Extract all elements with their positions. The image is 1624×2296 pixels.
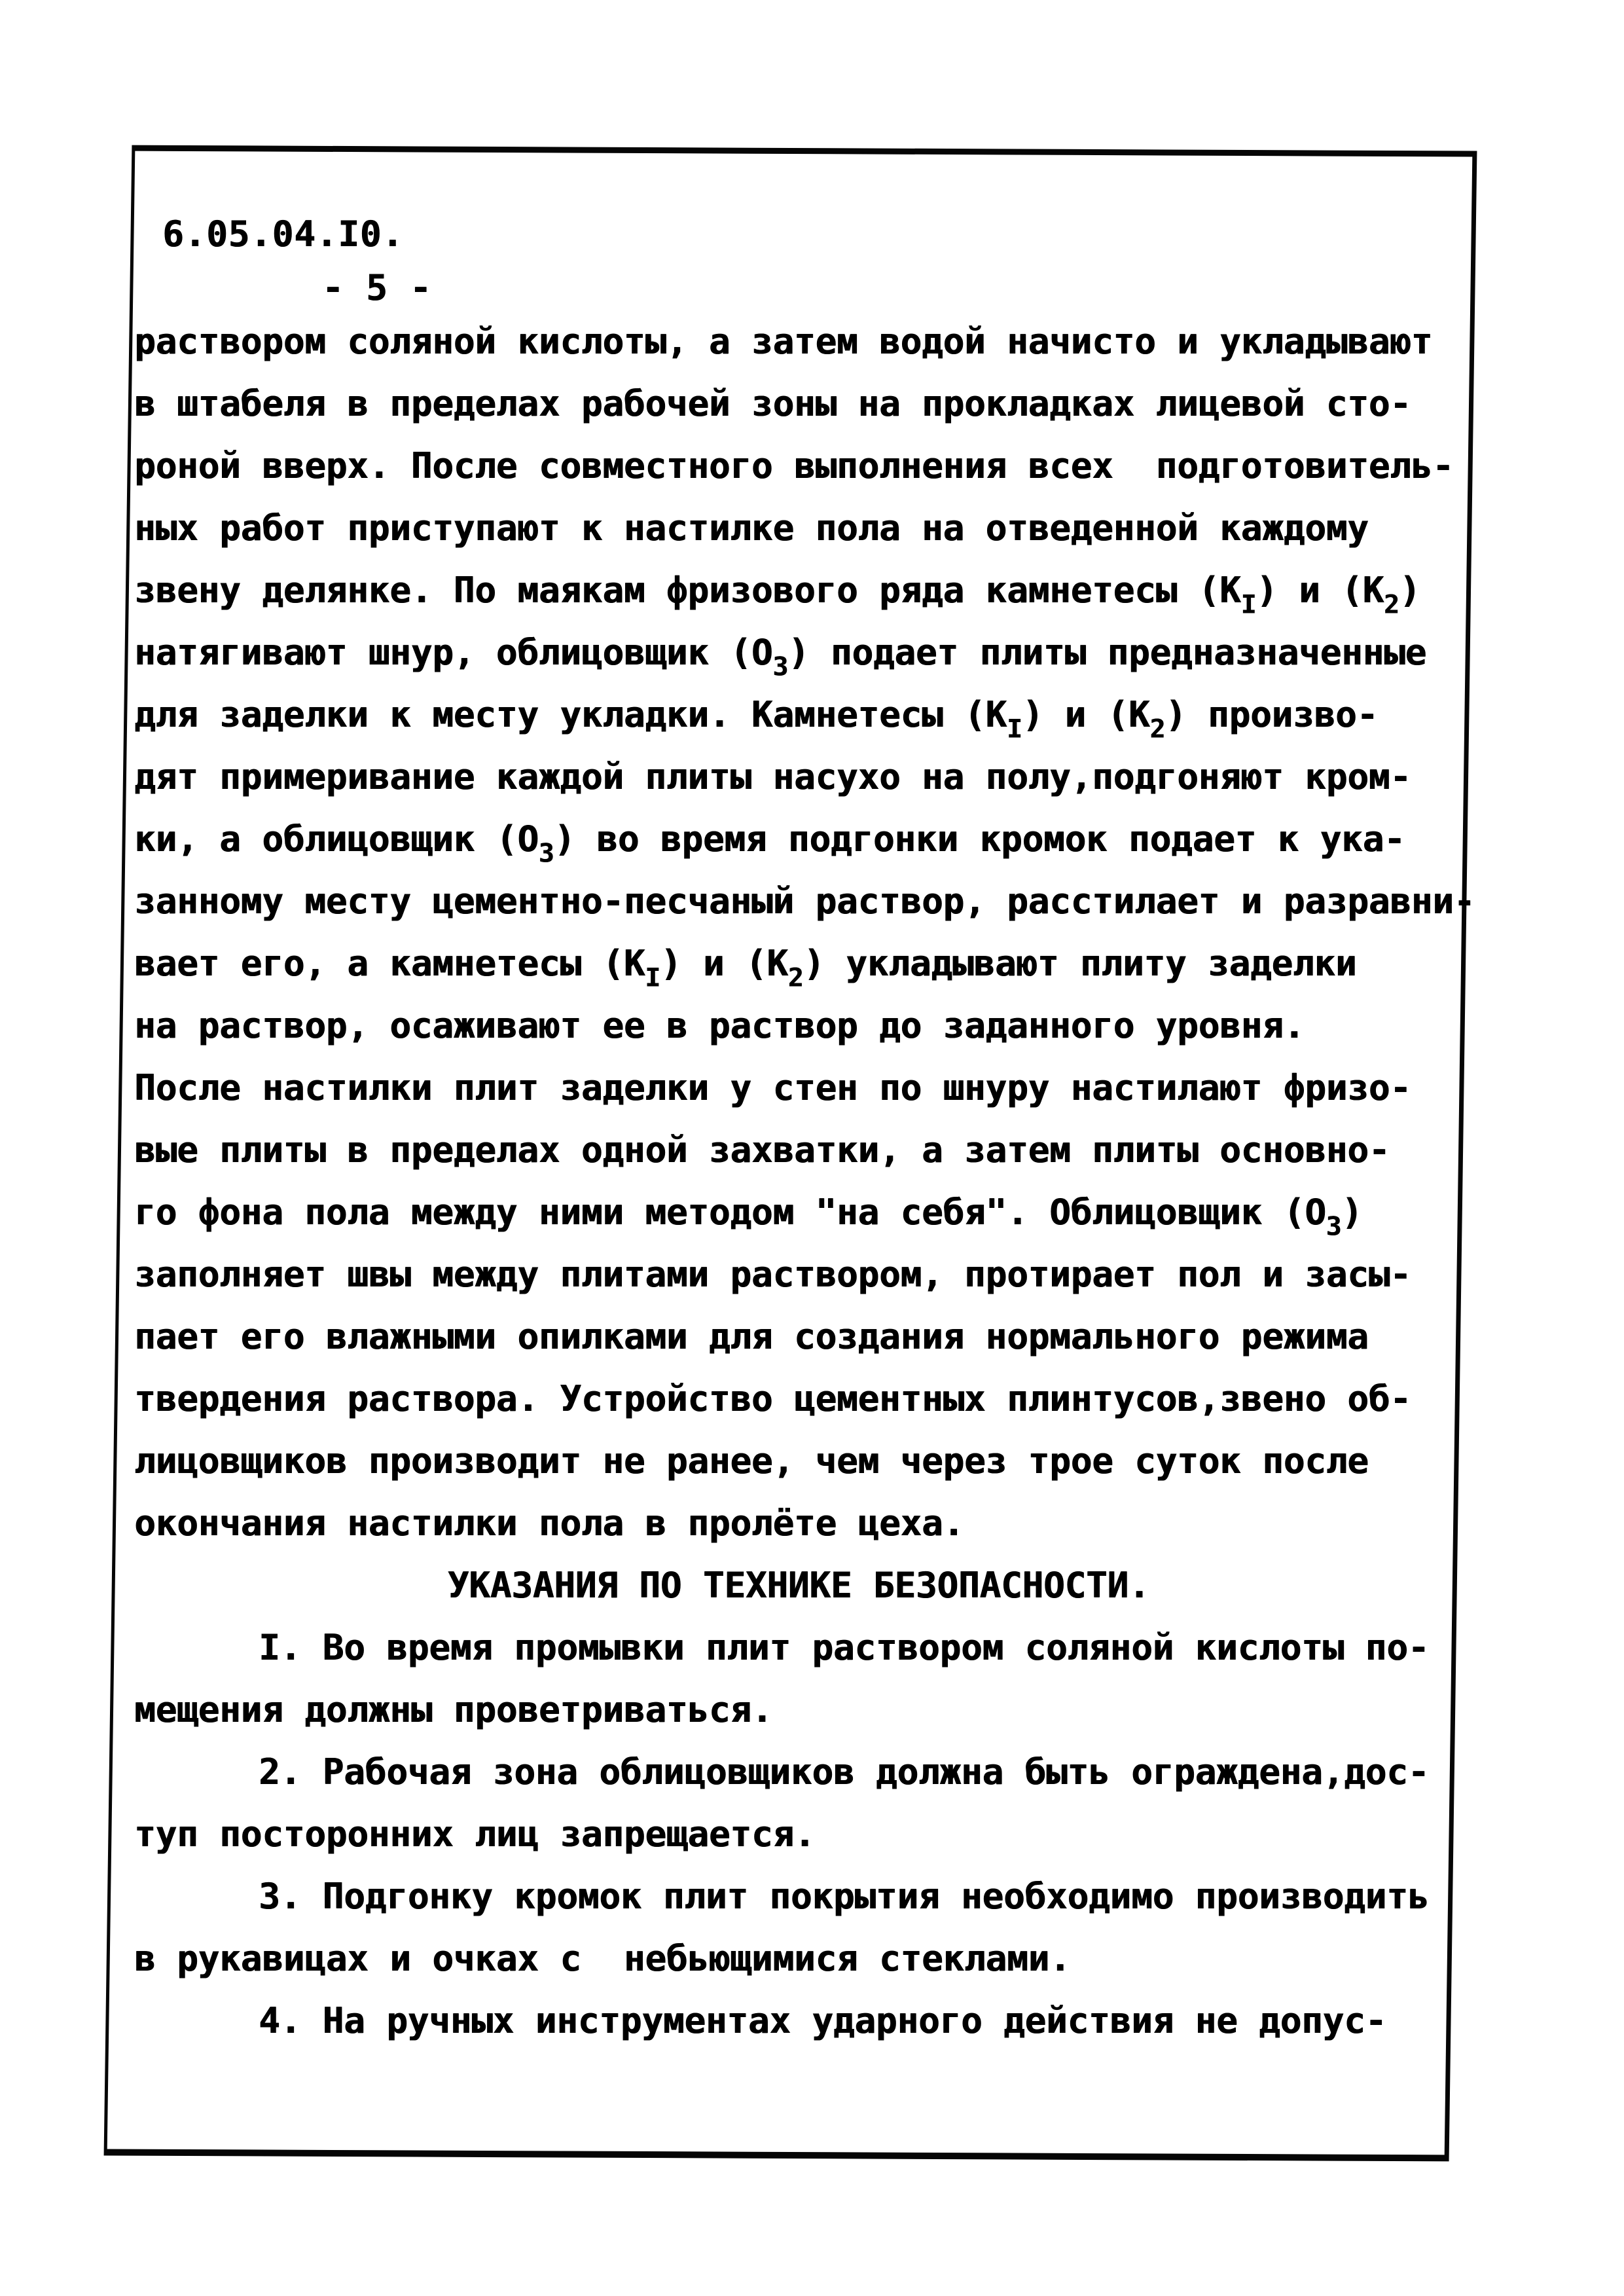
text-line: звену делянке. По маякам фризового ряда … [134,559,1463,621]
text-line: го фона пола между ними методом "на себя… [134,1181,1463,1243]
page-number: - 5 - [322,267,432,308]
text-line: вые плиты в пределах одной захватки, а з… [134,1119,1463,1181]
text-line: натягивают шнур, облицовщик (О3) подает … [134,621,1463,683]
text-line: твердения раствора. Устройство цементных… [134,1368,1463,1430]
body-text: раствором соляной кислоты, а затем водой… [134,310,1463,2052]
text-line: на раствор, осаживают ее в раствор до за… [134,994,1463,1057]
text-line: ных работ приступают к настилке пола на … [134,497,1463,559]
text-line: роной вверх. После совместного выполнени… [134,435,1463,497]
text-line: После настилки плит заделки у стен по шн… [134,1057,1463,1119]
text-line: раствором соляной кислоты, а затем водой… [134,310,1463,373]
text-line: заполняет швы между плитами раствором, п… [134,1243,1463,1305]
text-line: окончания настилки пола в пролёте цеха. [134,1492,1463,1554]
text-line: лицовщиков производит не ранее, чем чере… [134,1430,1463,1492]
text-line: дят примеривание каждой плиты насухо на … [134,746,1463,808]
text-line: пает его влажными опилками для создания … [134,1305,1463,1368]
section-heading: УКАЗАНИЯ ПО ТЕХНИКЕ БЕЗОПАСНОСТИ. [134,1554,1463,1616]
text-line: в штабеля в пределах рабочей зоны на про… [134,373,1463,435]
text-line: туп посторонних лиц запрещается. [134,1803,1463,1865]
text-line: ки, а облицовщик (О3) во время подгонки … [134,808,1463,870]
text-line: занному месту цементно-песчаный раствор,… [134,870,1463,932]
text-line: 4. На ручных инструментах ударного дейст… [134,1990,1463,2052]
scanned-document-page: 6.05.04.I0. - 5 - раствором соляной кисл… [0,0,1624,2296]
document-number: 6.05.04.I0. [162,213,404,255]
text-line: в рукавицах и очках с небьющимися стекла… [134,1927,1463,1990]
text-line: I. Во время промывки плит раствором соля… [134,1616,1463,1679]
text-line: для заделки к месту укладки. Камнетесы (… [134,683,1463,746]
text-line: 3. Подгонку кромок плит покрытия необход… [134,1865,1463,1927]
text-line: 2. Рабочая зона облицовщиков должна быть… [134,1741,1463,1803]
text-line: вает его, а камнетесы (КI) и (К2) уклады… [134,932,1463,994]
text-line: мещения должны проветриваться. [134,1679,1463,1741]
